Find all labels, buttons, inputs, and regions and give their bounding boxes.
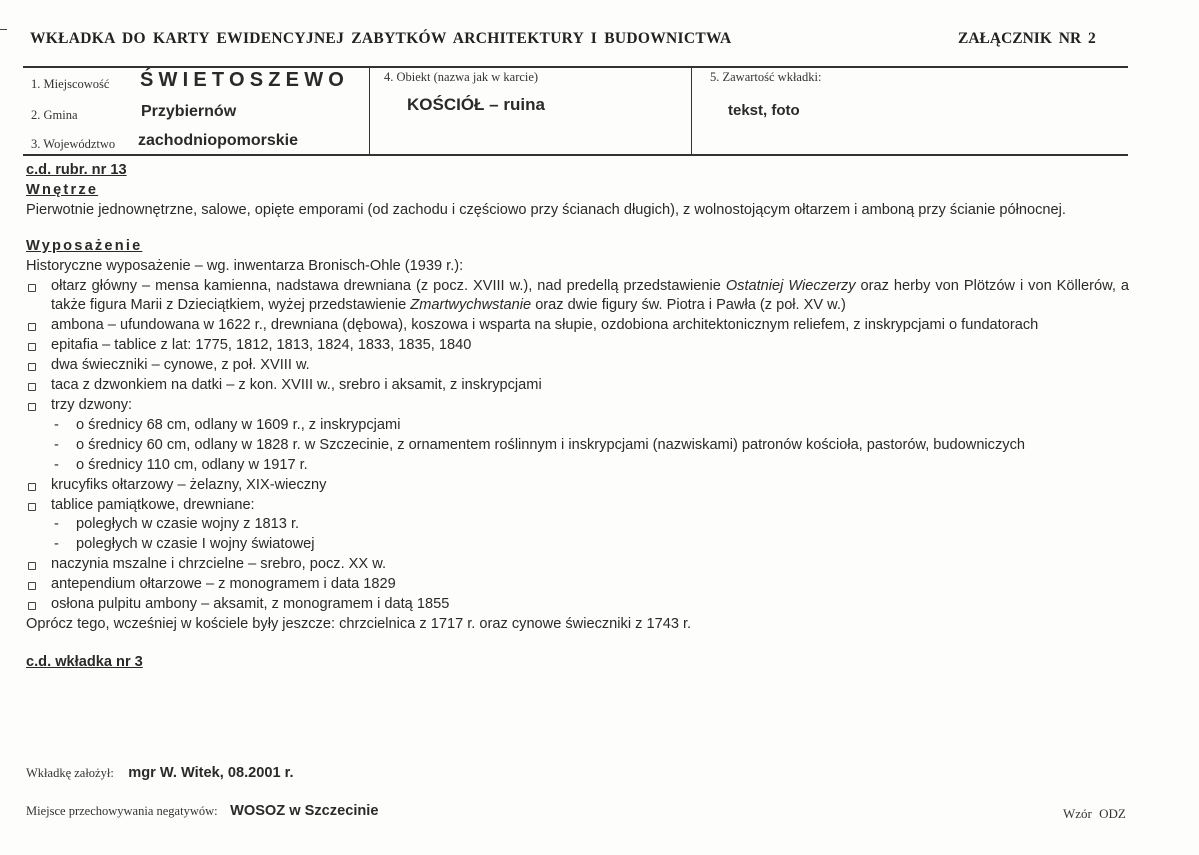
annex-number: ZAŁĄCZNIK NR 2 [958, 30, 1096, 48]
list-item: epitafia – tablice z lat: 1775, 1812, 18… [26, 336, 1129, 356]
author-row: Wkładkę założył: mgr W. Witek, 08.2001 r… [26, 764, 294, 782]
commune-value: Przybiernów [141, 103, 236, 121]
storage-row: Miejsce przechowywania negatywów: WOSOZ … [26, 802, 378, 820]
dash-bullet-icon: - [54, 535, 59, 555]
object-value: KOŚCIÓŁ – ruina [407, 95, 545, 115]
locality-value: ŚWIETOSZEWO [140, 69, 349, 92]
list-item: antependium ołtarzowe – z monogramem i d… [26, 575, 1129, 595]
commune-label: 2. Gmina [31, 108, 78, 123]
dash-bullet-icon: - [54, 416, 59, 436]
location-cell: 1. Miejscowość ŚWIETOSZEWO 2. Gmina Przy… [23, 68, 370, 154]
dash-bullet-icon: - [54, 436, 59, 456]
checkbox-bullet-icon [28, 403, 36, 411]
continuation-heading: c.d. rubr. nr 13 [26, 161, 1129, 181]
checkbox-bullet-icon [28, 323, 36, 331]
sub-list-item: -poległych w czasie wojny z 1813 r. [51, 515, 1129, 535]
document-body: c.d. rubr. nr 13 Wnętrze Pierwotnie jedn… [26, 161, 1129, 673]
sub-list-item: -o średnicy 68 cm, odlany w 1609 r., z i… [51, 416, 1129, 436]
storage-value: WOSOZ w Szczecinie [230, 803, 378, 819]
voivodeship-value: zachodniopomorskie [138, 132, 298, 150]
storage-label: Miejsce przechowywania negatywów: [26, 804, 218, 818]
sub-list-item: -o średnicy 110 cm, odlany w 1917 r. [51, 456, 1129, 476]
sub-list-item: -o średnicy 60 cm, odlany w 1828 r. w Sz… [51, 436, 1129, 456]
contents-cell: 5. Zawartość wkładki: tekst, foto [693, 68, 1128, 154]
object-label: 4. Obiekt (nazwa jak w karcie) [384, 70, 538, 85]
contents-value: tekst, foto [728, 102, 800, 119]
contents-label: 5. Zawartość wkładki: [710, 70, 821, 85]
form-title: WKŁADKA DO KARTY EWIDENCYJNEJ ZABYTKÓW A… [30, 30, 732, 48]
dash-bullet-icon: - [54, 515, 59, 535]
list-item: ambona – ufundowana w 1622 r., drewniana… [26, 316, 1129, 336]
checkbox-bullet-icon [28, 503, 36, 511]
margin-tick-mark [0, 29, 7, 30]
bells-sublist: -o średnicy 68 cm, odlany w 1609 r., z i… [51, 416, 1129, 476]
interior-heading: Wnętrze [26, 181, 1129, 201]
checkbox-bullet-icon [28, 562, 36, 570]
artwork-title: Ostatniej Wieczerzy [726, 278, 856, 294]
list-item: krucyfiks ołtarzowy – żelazny, XIX-wiecz… [26, 476, 1129, 496]
artwork-title: Zmartwychwstanie [410, 297, 531, 313]
checkbox-bullet-icon [28, 483, 36, 491]
author-value: mgr W. Witek, 08.2001 r. [128, 765, 293, 781]
list-item-plaques: tablice pamiątkowe, drewniane: -poległyc… [26, 496, 1129, 556]
checkbox-bullet-icon [28, 602, 36, 610]
list-item: osłona pulpitu ambony – aksamit, z monog… [26, 595, 1129, 615]
furnishings-intro: Historyczne wyposażenie – wg. inwentarza… [26, 257, 1129, 277]
checkbox-bullet-icon [28, 363, 36, 371]
checkbox-bullet-icon [28, 383, 36, 391]
template-code: Wzór ODZ [1063, 806, 1126, 822]
voivodeship-label: 3. Województwo [31, 137, 115, 152]
checkbox-bullet-icon [28, 343, 36, 351]
sub-list-item: -poległych w czasie I wojny światowej [51, 535, 1129, 555]
object-cell: 4. Obiekt (nazwa jak w karcie) KOŚCIÓŁ –… [370, 68, 692, 154]
list-item: dwa świeczniki – cynowe, z poł. XVIII w. [26, 356, 1129, 376]
dash-bullet-icon: - [54, 456, 59, 476]
checkbox-bullet-icon [28, 284, 36, 292]
list-item: ołtarz główny – mensa kamienna, nadstawa… [26, 277, 1129, 317]
closing-note: Oprócz tego, wcześniej w kościele były j… [26, 615, 1129, 635]
checkbox-bullet-icon [28, 582, 36, 590]
plaques-sublist: -poległych w czasie wojny z 1813 r. -pol… [51, 515, 1129, 555]
next-insert-heading: c.d. wkładka nr 3 [26, 653, 1129, 673]
locality-label: 1. Miejscowość [31, 77, 109, 92]
furnishings-list: ołtarz główny – mensa kamienna, nadstawa… [26, 277, 1129, 615]
furnishings-heading: Wyposażenie [26, 237, 1129, 257]
info-table: 1. Miejscowość ŚWIETOSZEWO 2. Gmina Przy… [23, 66, 1128, 156]
list-item: taca z dzwonkiem na datki – z kon. XVIII… [26, 376, 1129, 396]
list-item-bells: trzy dzwony: -o średnicy 68 cm, odlany w… [26, 396, 1129, 476]
list-item: naczynia mszalne i chrzcielne – srebro, … [26, 555, 1129, 575]
author-label: Wkładkę założył: [26, 766, 114, 780]
interior-text: Pierwotnie jednownętrzne, salowe, opięte… [26, 201, 1129, 221]
